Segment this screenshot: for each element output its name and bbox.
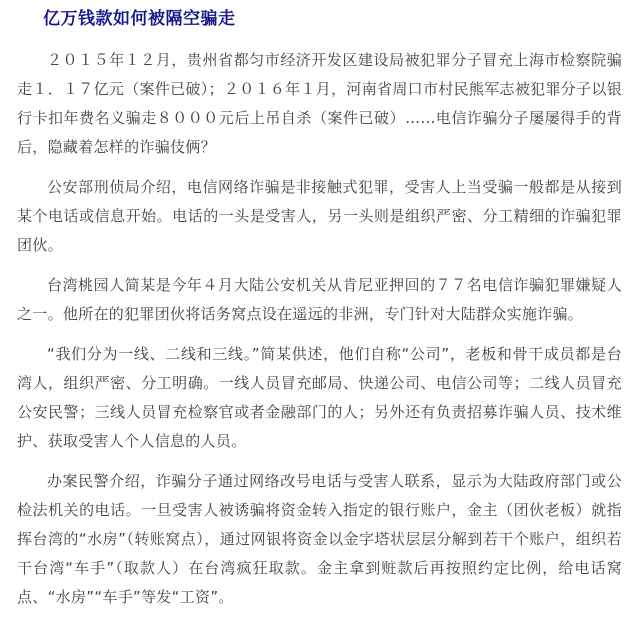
paragraph: “我们分为一线、二线和三线。”简某供述，他们自称“公司”，老板和骨干成员都是台湾… xyxy=(17,340,622,456)
article-title: 亿万钱款如何被隔空骗走 xyxy=(43,8,622,30)
paragraph-list: ２０１５年１２月，贵州省都匀市经济开发区建设局被犯罪分子冒充上海市检察院骗走１．… xyxy=(17,46,622,612)
paragraph: 公安部刑侦局介绍，电信网络诈骗是非接触式犯罪，受害人上当受骗一般都是从接到某个电… xyxy=(17,173,622,260)
paragraph: 台湾桃园人简某是今年４月大陆公安机关从肯尼亚押回的７７名电信诈骗犯罪嫌疑人之一。… xyxy=(17,271,622,329)
paragraph: ２０１５年１２月，贵州省都匀市经济开发区建设局被犯罪分子冒充上海市检察院骗走１．… xyxy=(17,46,622,162)
article: 亿万钱款如何被隔空骗走 ２０１５年１２月，贵州省都匀市经济开发区建设局被犯罪分子… xyxy=(0,0,639,618)
paragraph: 办案民警介绍，诈骗分子通过网络改号电话与受害人联系，显示为大陆政府部门或公检法机… xyxy=(17,467,622,612)
